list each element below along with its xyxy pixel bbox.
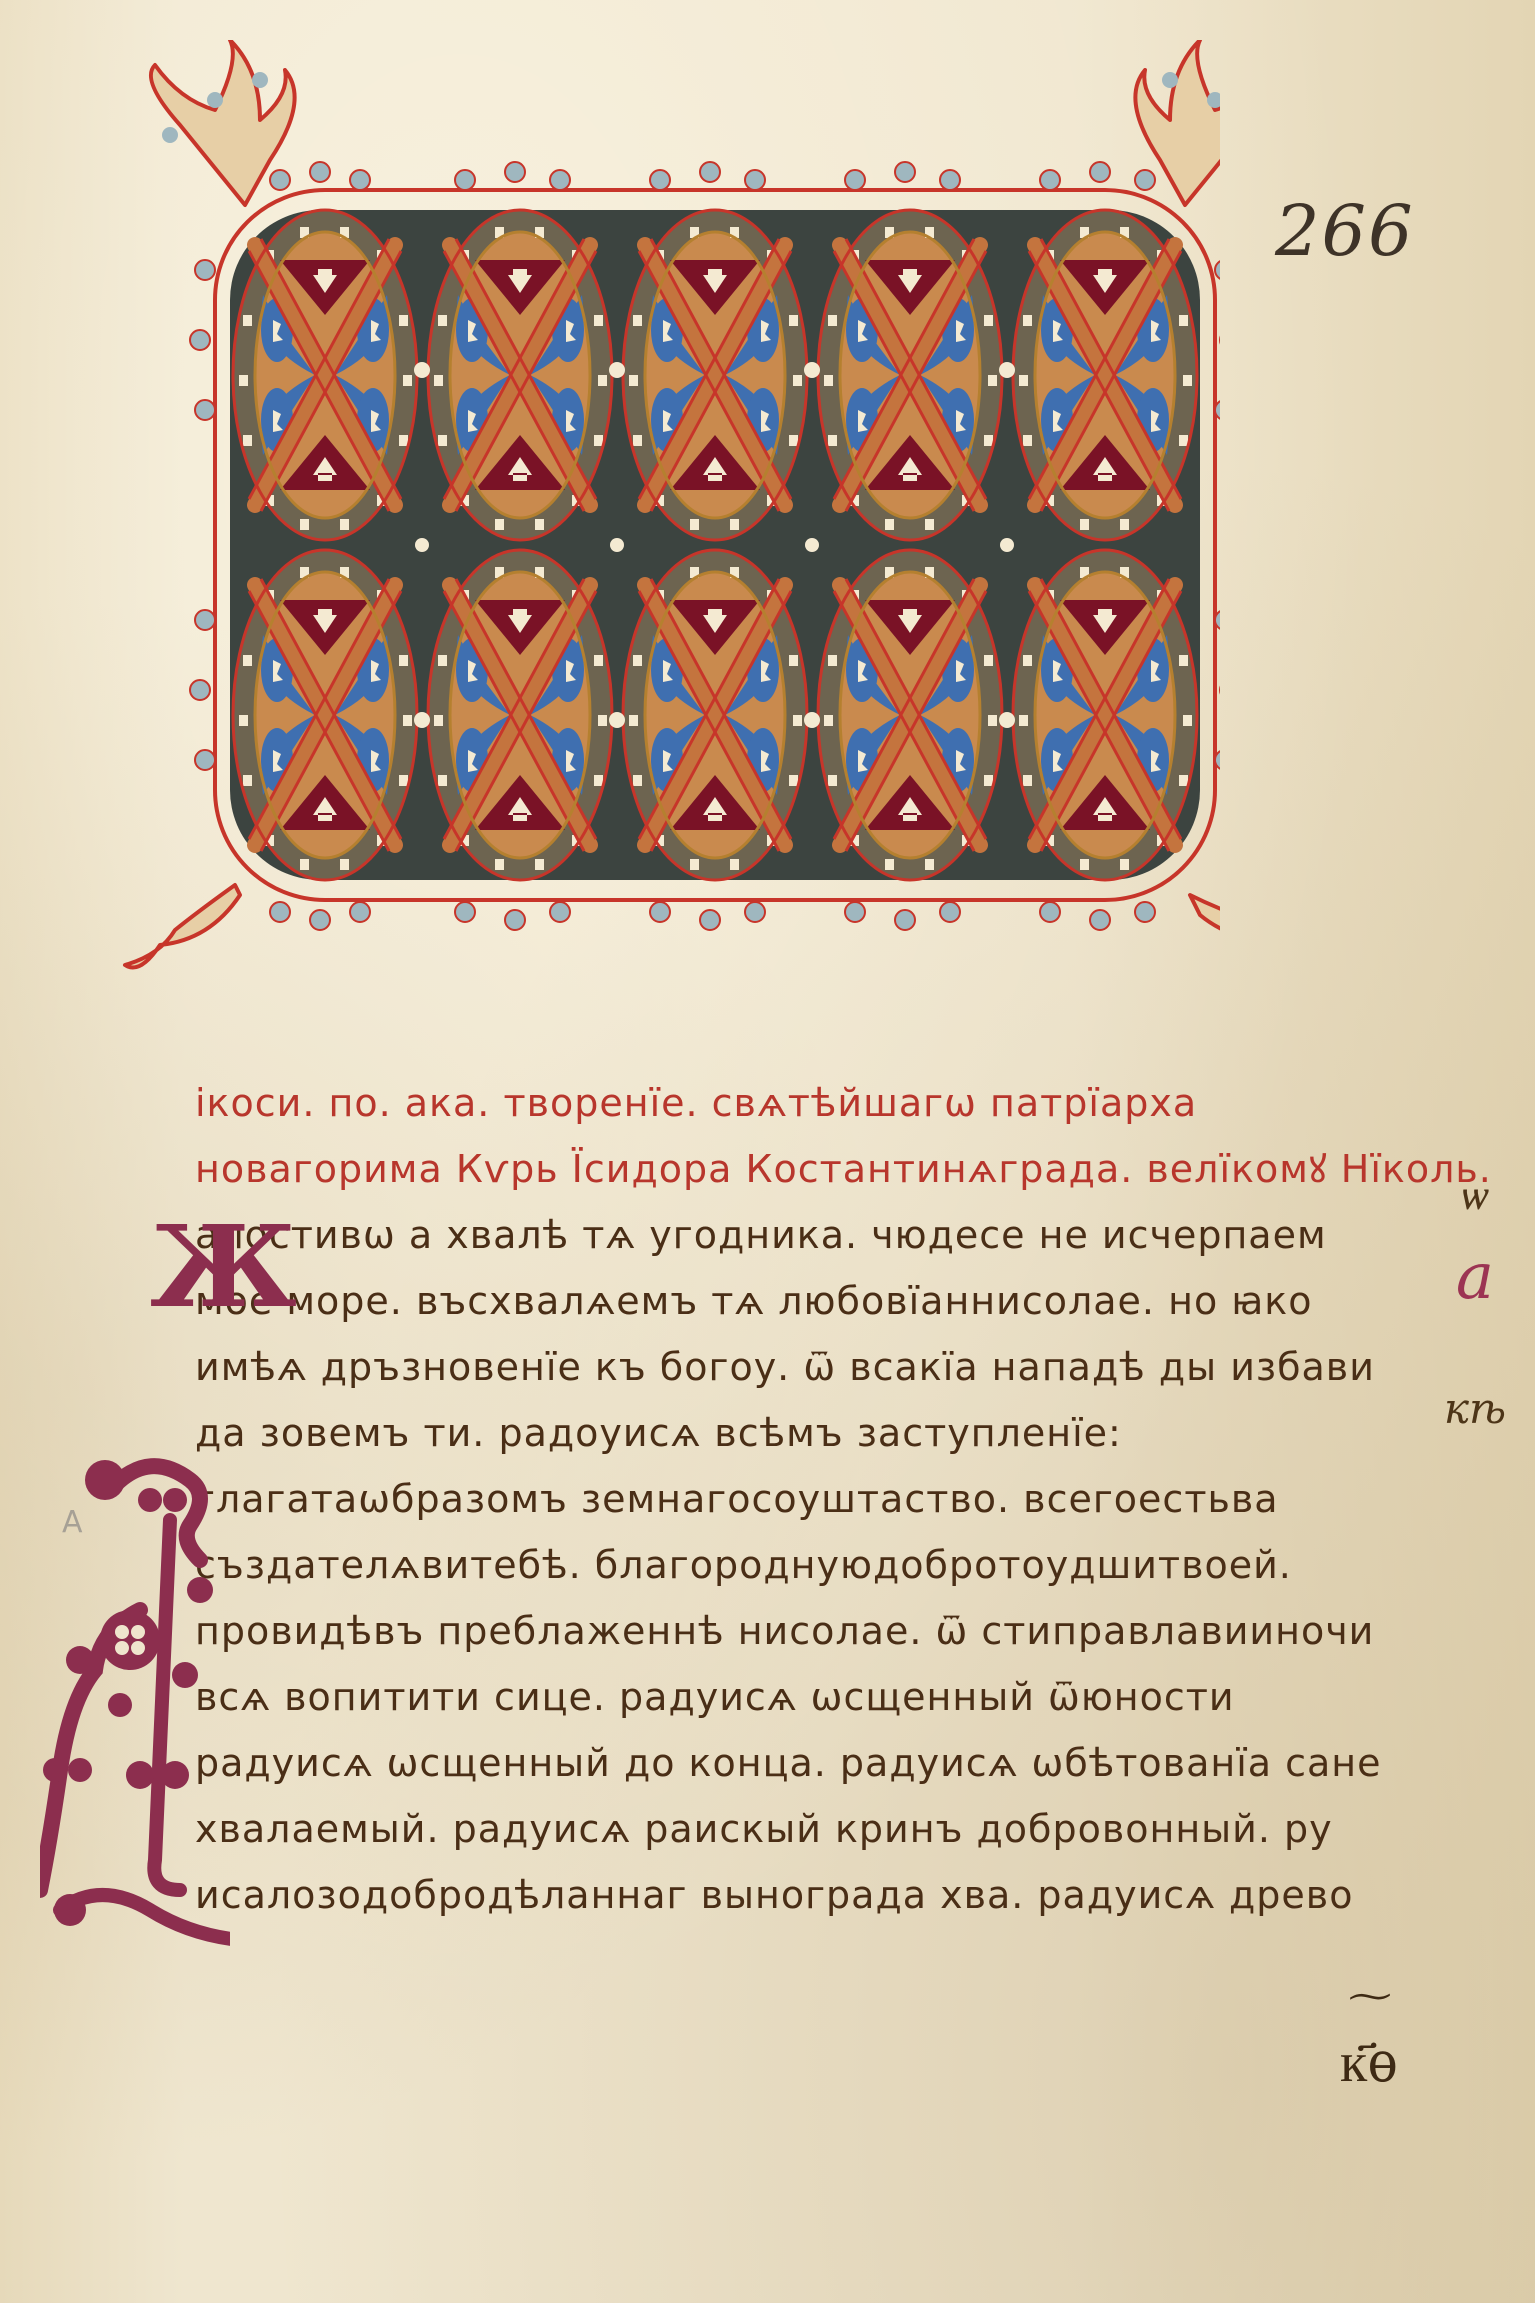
- text-line: глагатаѡбразомъ земнагосоуштаство. всего…: [195, 1466, 1325, 1532]
- text-line: да зовемъ ти. радоуисѧ всѣмъ заступленїе…: [195, 1400, 1325, 1466]
- rubric-line: ікоси. по. ака. творенїе. свѧтѣйшагѡ пат…: [195, 1070, 1325, 1136]
- text-line: алостивѡ а хвалѣ тѧ угодника. чюдесе не …: [195, 1202, 1325, 1268]
- initial-zhe: Ж: [150, 1212, 297, 1324]
- text-line: исалозодобродѣланнаг вынограда хвa. раду…: [195, 1862, 1325, 1928]
- manuscript-page: 266 ікоси. по. ака. творенїе. свѧтѣйшагѡ…: [0, 0, 1535, 2303]
- titlo-mark: ͠: [1340, 2010, 1398, 2030]
- text-line: създателѧвитебѣ. благороднуюдобротоудшит…: [195, 1532, 1325, 1598]
- text-line: провидѣвъ преблаженнѣ нисолае. ѿ стиправ…: [195, 1598, 1325, 1664]
- rubric-line: новагорима Кѵрь Їсидора Костантинѧграда.…: [195, 1136, 1325, 1202]
- text-line: мое море. въсхвалѧемъ тѧ любовїаннисолае…: [195, 1268, 1325, 1334]
- interlace-headpiece-ornament: [120, 40, 1220, 1060]
- margin-note: кѣ: [1420, 1384, 1530, 1433]
- text-line: имѣѧ дръзновенїе къ богоу. ѿ всакїа напа…: [195, 1334, 1325, 1400]
- margin-note-crimson: а: [1420, 1240, 1530, 1314]
- margin-note: ѡ: [1420, 1170, 1530, 1220]
- text-line: радуисѧ ѡсщенный до конца. радуисѧ ѡбѣто…: [195, 1730, 1325, 1796]
- bottom-note-text: к҃ѳ: [1340, 2030, 1398, 2095]
- right-margin-notes: ѡ а кѣ: [1420, 1170, 1530, 1433]
- text-line: хвалаемый. радуисѧ раискый кринъ доброво…: [195, 1796, 1325, 1862]
- pencil-margin-mark: А: [62, 1505, 83, 1540]
- bottom-margin-note: ͠ к҃ѳ: [1340, 2010, 1398, 2095]
- folio-number: 266: [1275, 190, 1415, 272]
- text-line: всѧ вопитити сице. радуисѧ ѡсщенный ѿюно…: [195, 1664, 1325, 1730]
- text-block: ікоси. по. ака. творенїе. свѧтѣйшагѡ пат…: [195, 1070, 1325, 1928]
- svg-text:Д: Д: [40, 1440, 41, 1441]
